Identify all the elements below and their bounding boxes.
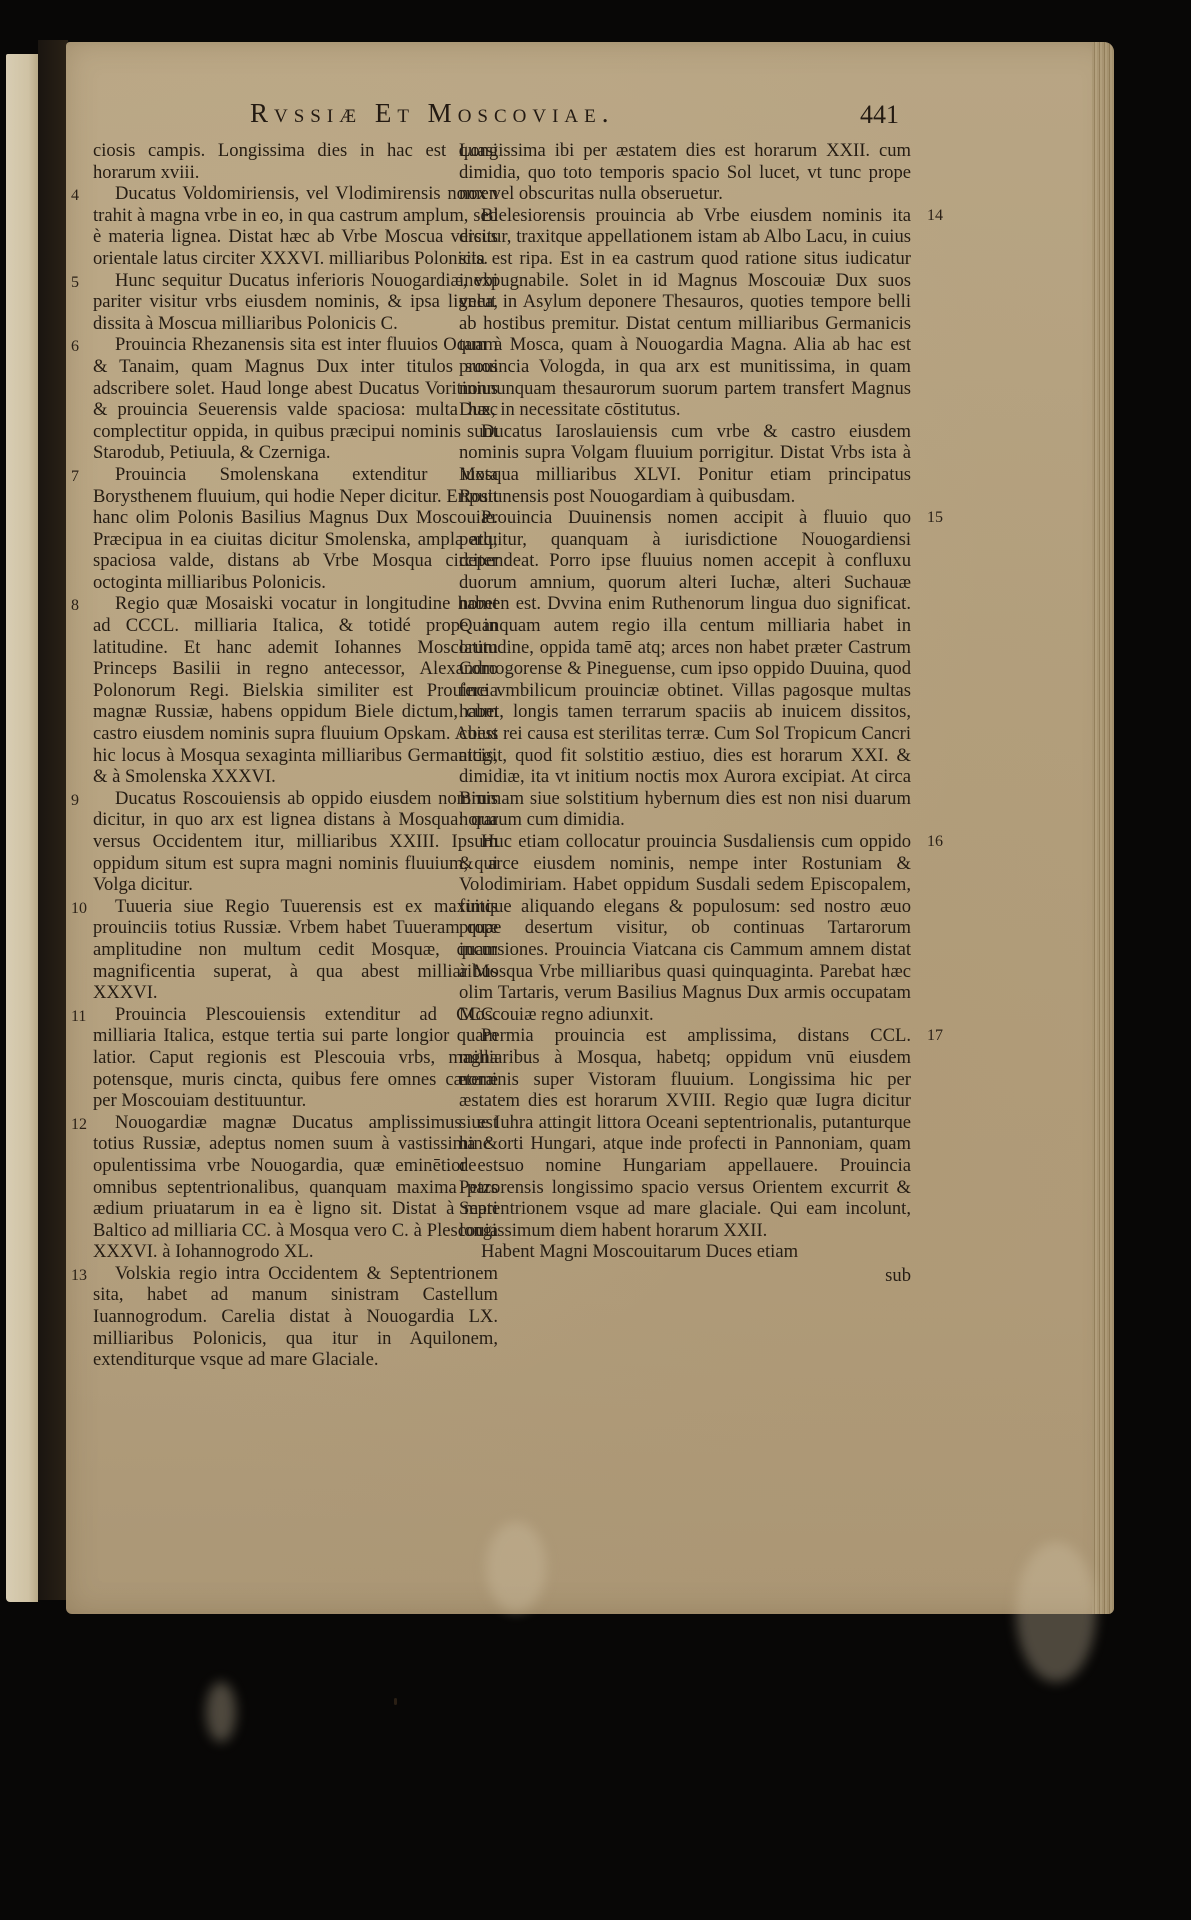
paragraph: 10Tuueria siue Regio Tuuerensis est ex m… [93,896,498,1004]
paragraph-text: Longissima ibi per æstatem dies est hora… [459,140,911,204]
running-head: Rvssiæ Et Moscoviae. [250,98,750,129]
paper-stain [486,1522,546,1612]
margin-number: 12 [71,1114,87,1136]
previous-page-edge [6,54,38,1602]
paragraph-text: Ducatus Voldomiriensis, vel Vlodimirensi… [93,183,498,269]
margin-number: 10 [71,898,87,920]
paragraph: Longissima ibi per æstatem dies est hora… [459,140,911,205]
paragraph: Habent Magni Moscouitarum Duces etiam [459,1241,911,1263]
paragraph-text: Prouincia Duuinensis nomen accipit à flu… [459,507,911,830]
paragraph-text: Prouincia Rhezanensis sita est inter flu… [93,334,498,463]
gutter-shadow [38,40,68,1600]
paragraph: 4Ducatus Voldomiriensis, vel Vlodimirens… [93,183,498,269]
paragraph: 8Regio quæ Mosaiski vocatur in longitudi… [93,593,498,787]
paragraph: 15Prouincia Duuinensis nomen accipit à f… [459,507,911,831]
paragraph-text: Nouogardiæ magnæ Ducatus amplissimus est… [93,1112,498,1263]
paragraph: 13Volskia regio intra Occidentem & Septe… [93,1263,498,1371]
margin-number: 4 [71,185,79,207]
paper-stain [1016,1542,1096,1682]
paragraph: 16Huc etiam collocatur prouincia Susdali… [459,831,911,1025]
margin-number: 8 [71,595,79,617]
paragraph: 11Prouincia Plescouiensis extenditur ad … [93,1004,498,1112]
right-column: Longissima ibi per æstatem dies est hora… [459,140,911,1286]
margin-number: 7 [71,466,79,488]
paragraph: 14Bielesiorensis prouincia ab Vrbe eiusd… [459,205,911,421]
margin-number: 17 [927,1025,943,1047]
catchword: sub [459,1265,911,1287]
paragraph-text: Volskia regio intra Occidentem & Septent… [93,1263,498,1370]
paragraph-text: Bielesiorensis prouincia ab Vrbe eiusdem… [459,205,911,420]
paragraph-text: Huc etiam collocatur prouincia Susdalien… [459,831,911,1025]
ink-speck [394,1698,397,1705]
paragraph-text: Prouincia Plescouiensis extenditur ad CC… [93,1004,498,1111]
margin-number: 11 [71,1006,86,1028]
paragraph-text: Regio quæ Mosaiski vocatur in longitudin… [93,593,498,787]
paragraph-text: Habent Magni Moscouitarum Duces etiam [481,1241,798,1262]
paragraph: ciosis campis. Longissima dies in hac es… [93,140,498,183]
paragraph: 9Ducatus Roscouiensis ab oppido eiusdem … [93,788,498,896]
paragraph-text: Prouincia Smolenskana extenditur iuxta B… [93,464,498,593]
page-fore-edge [1092,42,1114,1614]
margin-number: 5 [71,272,79,294]
margin-number: 13 [71,1265,87,1287]
paragraph-text: ciosis campis. Longissima dies in hac es… [93,140,498,183]
paragraph: 17Permia prouincia est amplissima, dista… [459,1025,911,1241]
margin-number: 14 [927,205,943,227]
paragraph: 7Prouincia Smolenskana extenditur iuxta … [93,464,498,594]
paragraph: 12Nouogardiæ magnæ Ducatus amplissimus e… [93,1112,498,1263]
page-number: 441 [860,100,899,130]
left-column: ciosis campis. Longissima dies in hac es… [93,140,498,1371]
margin-number: 15 [927,507,943,529]
paragraph-text: Permia prouincia est amplissima, distans… [459,1025,911,1240]
paragraph: 6Prouincia Rhezanensis sita est inter fl… [93,334,498,464]
paragraph: Ducatus Iaroslauiensis cum vrbe & castro… [459,421,911,507]
paragraph-text: Hunc sequitur Ducatus inferioris Nouogar… [93,270,498,334]
margin-number: 6 [71,336,79,358]
margin-number: 9 [71,790,79,812]
paragraph-text: Ducatus Iaroslauiensis cum vrbe & castro… [459,421,911,507]
paragraph-text: Ducatus Roscouiensis ab oppido eiusdem n… [93,788,498,895]
margin-number: 16 [927,831,943,853]
paragraph: 5Hunc sequitur Ducatus inferioris Nouoga… [93,270,498,335]
paragraph-text: Tuueria siue Regio Tuuerensis est ex max… [93,896,498,1003]
paper-stain [206,1682,236,1742]
